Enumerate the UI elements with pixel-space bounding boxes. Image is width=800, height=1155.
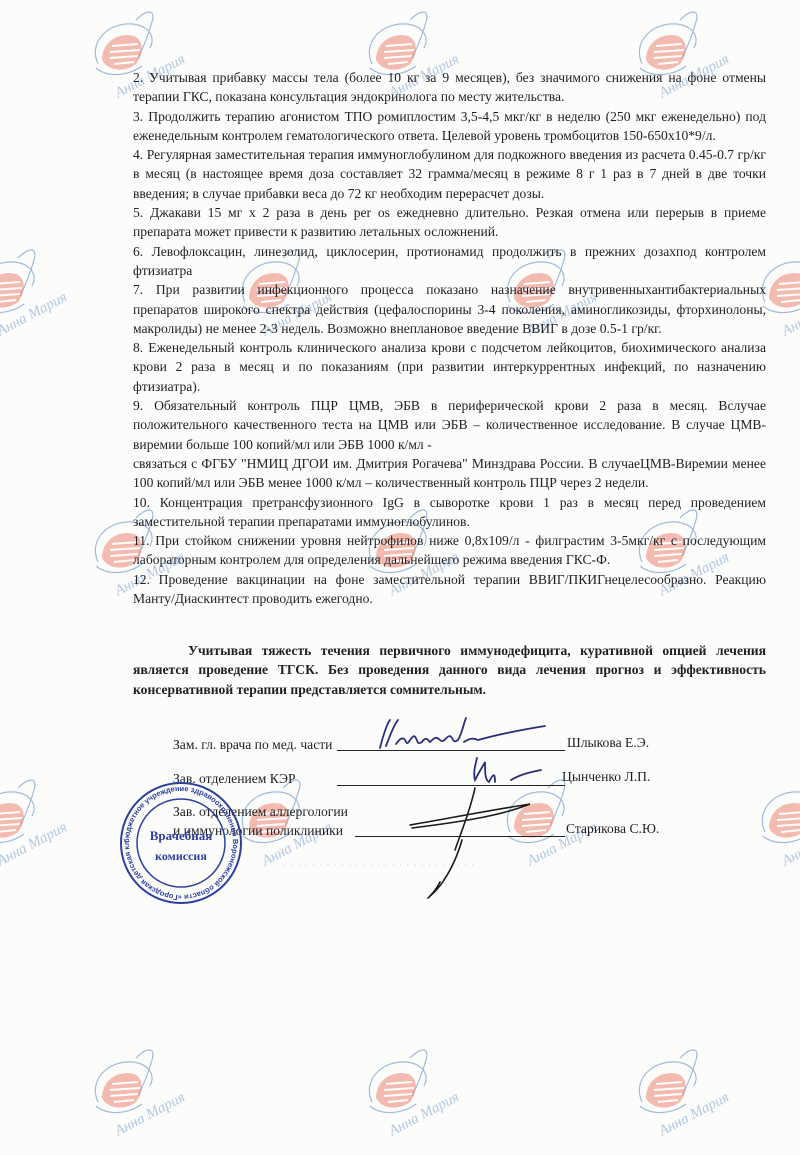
anna-maria-logo-icon: Анна Мария xyxy=(0,240,70,350)
conclusion-paragraph: Учитывая тяжесть течения первичного имму… xyxy=(133,641,766,699)
watermark-logo: Анна Мария xyxy=(622,1040,732,1150)
anna-maria-logo-icon: Анна Мария xyxy=(0,770,70,880)
watermark-logo: Анна Мария xyxy=(0,770,70,880)
recommendation-item: 11. При стойком снижении уровня нейтрофи… xyxy=(133,531,766,570)
signature-line xyxy=(337,750,565,751)
faint-illegible-text: · · · · · · · · · · · · · · · · · · · · … xyxy=(283,860,475,870)
anna-maria-logo-icon: Анна Мария xyxy=(352,1040,462,1150)
official-stamp: бюджетное учреждение здравоохранения Вор… xyxy=(118,780,244,906)
recommendation-item: 3. Продолжить терапию агонистом ТПО роми… xyxy=(133,107,766,146)
svg-text:Анна Мария: Анна Мария xyxy=(0,819,70,870)
handwritten-signature xyxy=(400,780,550,900)
recommendation-item: 12. Проведение вакцинации на фоне замест… xyxy=(133,570,766,609)
signatory-name: Шлыкова Е.Э. xyxy=(567,735,649,751)
recommendation-item: 7. При развитии инфекционного процесса п… xyxy=(133,280,766,338)
anna-maria-logo-icon: Анна Мария xyxy=(745,770,800,880)
recommendation-item: 4. Регулярная заместительная терапия имм… xyxy=(133,145,766,203)
watermark-logo: Анна Мария xyxy=(352,1040,462,1150)
signature-line xyxy=(337,785,565,786)
anna-maria-logo-icon: Анна Мария xyxy=(622,1040,732,1150)
signatory-name: Цынченко Л.П. xyxy=(562,769,650,785)
watermark-logo: Анна Мария xyxy=(745,770,800,880)
recommendation-item: 10. Концентрация претрансфузионного IgG … xyxy=(133,493,766,532)
svg-text:Анна Мария: Анна Мария xyxy=(385,1089,461,1140)
handwritten-signature xyxy=(455,752,555,797)
recommendation-item: 9. Обязательный контроль ПЦР ЦМВ, ЭБВ в … xyxy=(133,396,766,454)
svg-text:Анна Мария: Анна Мария xyxy=(778,819,800,870)
svg-text:Анна Мария: Анна Мария xyxy=(111,1089,187,1140)
recommendation-item: 6. Левофлоксацин, линезолид, циклосерин,… xyxy=(133,242,766,281)
watermark-logo: Анна Мария xyxy=(78,1040,188,1150)
stamp-center-line1: Врачебная xyxy=(150,828,213,843)
recommendation-item: 8. Еженедельный контроль клинического ан… xyxy=(133,338,766,396)
watermark-logo: Анна Мария xyxy=(0,240,70,350)
recommendation-item-continuation: связаться с ФГБУ "НМИЦ ДГОИ им. Дмитрия … xyxy=(133,454,766,493)
recommendation-item: 2. Учитывая прибавку массы тела (более 1… xyxy=(133,68,766,107)
recommendation-item: 5. Джакави 15 мг х 2 раза в день per os … xyxy=(133,203,766,242)
stamp-center-line2: комиссия xyxy=(155,849,207,863)
signatory-name: Старикова С.Ю. xyxy=(566,821,659,837)
signature-line xyxy=(355,836,565,837)
anna-maria-logo-icon: Анна Мария xyxy=(78,1040,188,1150)
svg-text:Анна Мария: Анна Мария xyxy=(0,289,70,340)
svg-text:Анна Мария: Анна Мария xyxy=(655,1089,731,1140)
recommendations-list: 2. Учитывая прибавку массы тела (более 1… xyxy=(133,68,766,608)
svg-text:Анна Мария: Анна Мария xyxy=(778,289,800,340)
signature-position: Зам. гл. врача по мед. части xyxy=(173,735,332,754)
